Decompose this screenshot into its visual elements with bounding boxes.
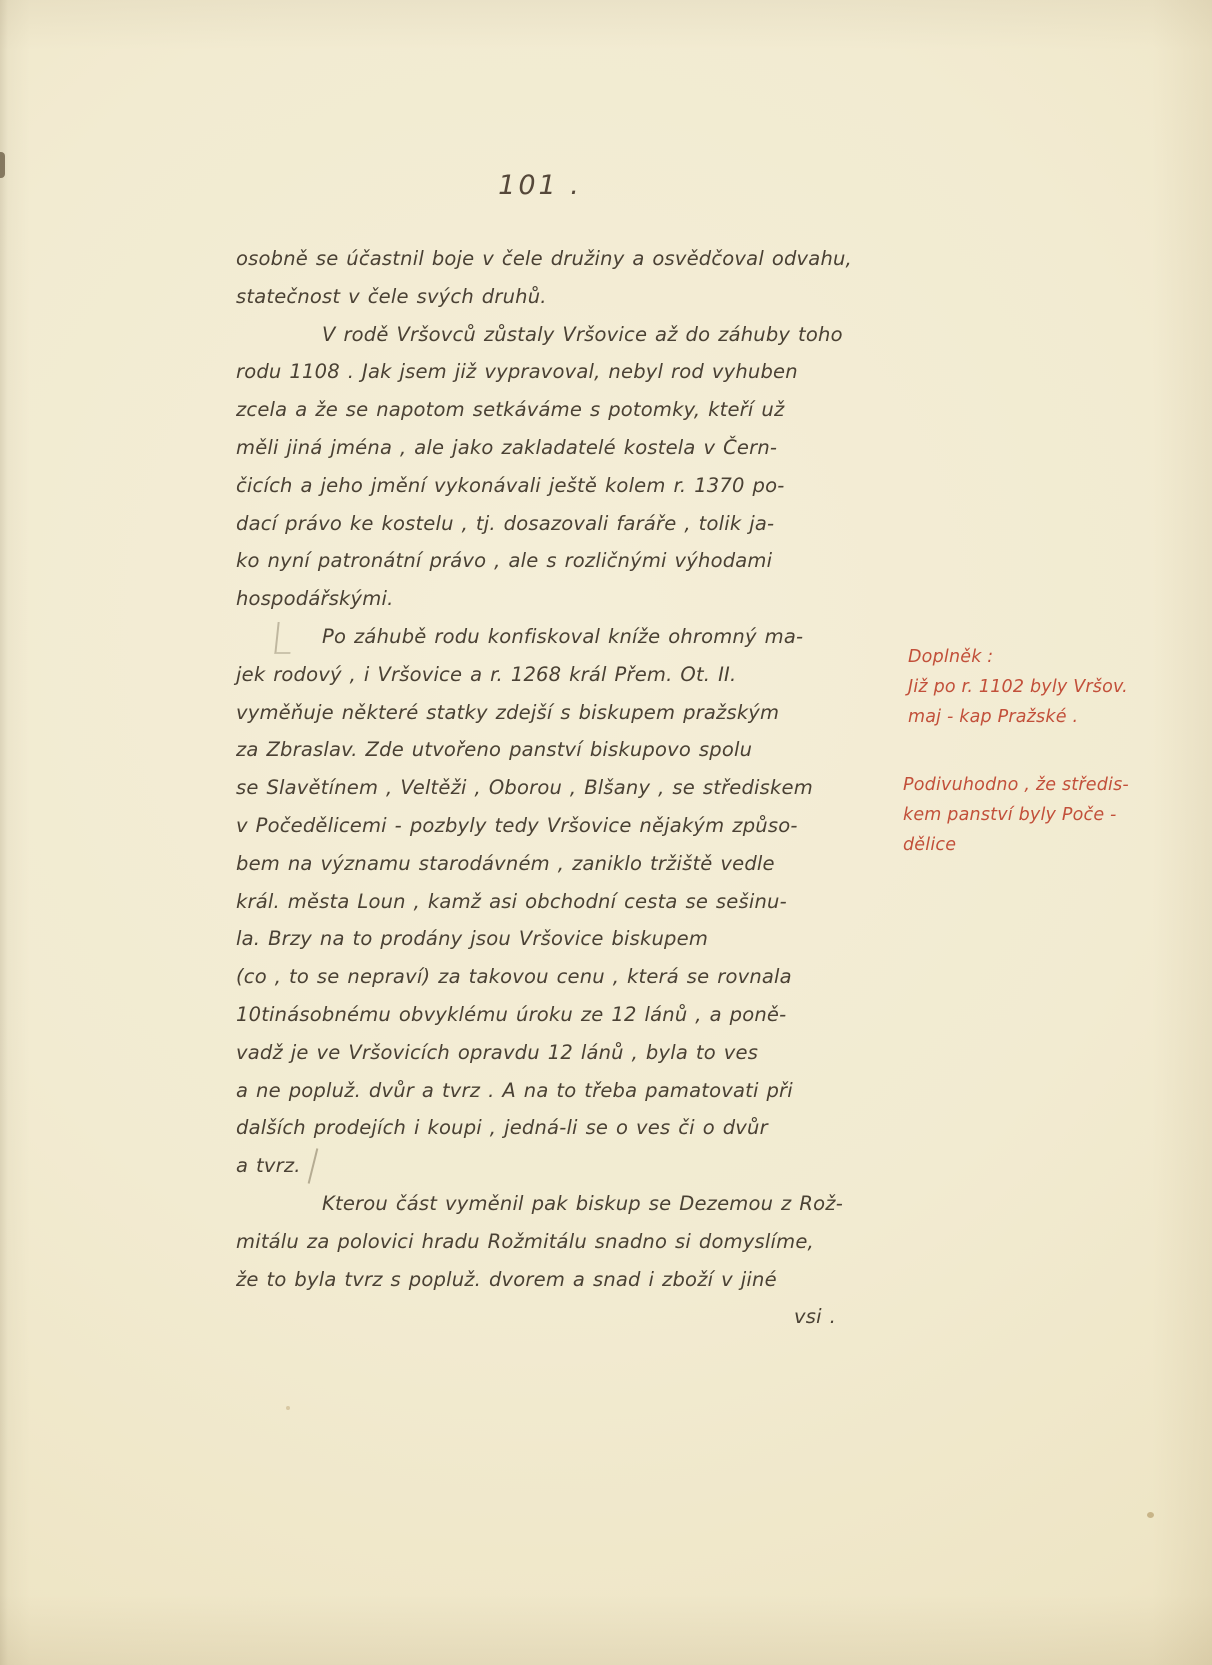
text-line: dalších prodejích i koupi , jedná-li se … [236,1109,908,1147]
text-line: a tvrz. [236,1147,908,1185]
margin-note-body: Již po r. 1102 byly Vršov.maj - kap Praž… [908,672,1128,732]
text-line: král. města Loun , kamž asi obchodní ces… [236,883,908,921]
text-line: bem na významu starodávném , zaniklo trž… [236,845,908,883]
margin-note-heading: Doplněk : [908,642,1128,672]
text-line: V rodě Vršovců zůstaly Vršovice až do zá… [236,316,908,354]
text-line: Po záhubě rodu konfiskoval kníže ohromný… [236,618,908,656]
text-line: osobně se účastnil boje v čele družiny a… [236,240,908,278]
text-line: Kterou část vyměnil pak biskup se Dezemo… [236,1185,908,1223]
text-line: rodu 1108 . Jak jsem již vypravoval, neb… [236,353,908,391]
text-line: za Zbraslav. Zde utvořeno panství biskup… [236,731,908,769]
text-line: vyměňuje některé statky zdejší s biskupe… [236,694,908,732]
text-line: měli jiná jména , ale jako zakladatelé k… [236,429,908,467]
text-line: čicích a jeho jmění vykonávali ještě kol… [236,467,908,505]
note-line: maj - kap Pražské . [908,702,1128,732]
note-line: Podivuhodno , že středis- [903,770,1129,800]
text-line: vadž je ve Vršovicích opravdu 12 lánů , … [236,1034,908,1072]
note-line: Již po r. 1102 byly Vršov. [908,672,1128,702]
margin-note-doplnek: Doplněk : Již po r. 1102 byly Vršov.maj … [908,642,1128,732]
margin-note-body: Podivuhodno , že středis-kem panství byl… [903,770,1129,860]
text-line: la. Brzy na to prodány jsou Vršovice bis… [236,920,908,958]
text-line: (co , to se nepraví) za takovou cenu , k… [236,958,908,996]
page-number: 101 . [0,170,1080,201]
text-line: vsi . [236,1298,908,1336]
text-line: a ne popluž. dvůr a tvrz . A na to třeba… [236,1072,908,1110]
margin-note-podivuhodno: Podivuhodno , že středis-kem panství byl… [903,770,1129,860]
text-line: dací právo ke kostelu , tj. dosazovali f… [236,505,908,543]
paper-speck [1147,1512,1154,1518]
note-line: dělice [903,830,1129,860]
text-line: 10tinásobnému obvyklému úroku ze 12 lánů… [236,996,908,1034]
text-line: v Počedělicemi - pozbyly tedy Vršovice n… [236,807,908,845]
handwritten-text-block: osobně se účastnil boje v čele družiny a… [236,240,908,1336]
text-line: hospodářskými. [236,580,908,618]
text-line: se Slavětínem , Veltěži , Oborou , Blšan… [236,769,908,807]
text-line: statečnost v čele svých druhů. [236,278,908,316]
text-line: ko nyní patronátní právo , ale s rozličn… [236,542,908,580]
text-line: jek rodový , i Vršovice a r. 1268 král P… [236,656,908,694]
note-line: kem panství byly Poče - [903,800,1129,830]
text-line: zcela a že se napotom setkáváme s potomk… [236,391,908,429]
paper-speck [286,1406,290,1410]
text-line: mitálu za polovici hradu Rožmitálu snadn… [236,1223,908,1261]
pencil-bracket-mark [274,622,293,654]
text-line: že to byla tvrz s popluž. dvorem a snad … [236,1261,908,1299]
manuscript-page: 101 . osobně se účastnil boje v čele dru… [0,0,1212,1665]
